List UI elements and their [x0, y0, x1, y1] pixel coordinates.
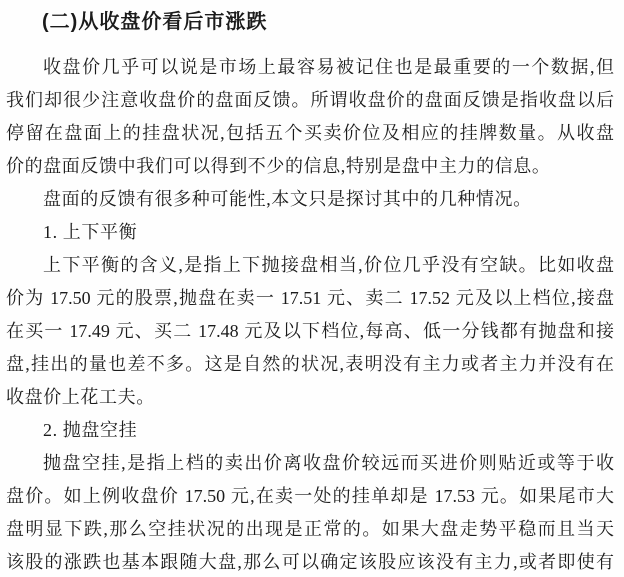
text-line: 收盘价上花工夫。 [6, 381, 614, 414]
text-line: 在买一 17.49 元、买二 17.48 元及以下档位,每高、低一分钱都有抛盘和… [6, 315, 614, 348]
document-page: (二)从收盘价看后市涨跌 收盘价几乎可以说是市场上最容易被记住也是最重要的一个数… [0, 0, 624, 577]
text-line: 价的盘面反馈中我们可以得到不少的信息,特别是盘中主力的信息。 [6, 150, 614, 183]
text-line: 盘价。如上例收盘价 17.50 元,在卖一处的挂单却是 17.53 元。如果尾市… [6, 480, 614, 513]
section-heading: (二)从收盘价看后市涨跌 [42, 10, 614, 35]
text-line: 该股的涨跌也基本跟随大盘,那么可以确定该股应该没有主力,或者即使有 [6, 546, 614, 577]
text-line: 上下平衡的含义,是指上下抛接盘相当,价位几乎没有空缺。比如收盘 [6, 249, 614, 282]
list-number-line: 1. 上下平衡 [6, 216, 614, 249]
text-line: 收盘价几乎可以说是市场上最容易被记住也是最重要的一个数据,但 [6, 51, 614, 84]
text-line: 价为 17.50 元的股票,抛盘在卖一 17.51 元、卖二 17.52 元及以… [6, 282, 614, 315]
text-line: 我们却很少注意收盘价的盘面反馈。所谓收盘价的盘面反馈是指收盘以后 [6, 84, 614, 117]
text-line: 停留在盘面上的挂盘状况,包括五个买卖价位及相应的挂牌数量。从收盘 [6, 117, 614, 150]
body-text: 收盘价几乎可以说是市场上最容易被记住也是最重要的一个数据,但 我们却很少注意收盘… [6, 51, 614, 577]
list-number-line: 2. 抛盘空挂 [6, 414, 614, 447]
text-line: 盘明显下跌,那么空挂状况的出现是正常的。如果大盘走势平稳而且当天 [6, 513, 614, 546]
text-line: 盘,挂出的量也差不多。这是自然的状况,表明没有主力或者主力并没有在 [6, 348, 614, 381]
text-line: 抛盘空挂,是指上档的卖出价离收盘价较远而买进价则贴近或等于收 [6, 447, 614, 480]
text-line: 盘面的反馈有很多种可能性,本文只是探讨其中的几种情况。 [6, 183, 614, 216]
